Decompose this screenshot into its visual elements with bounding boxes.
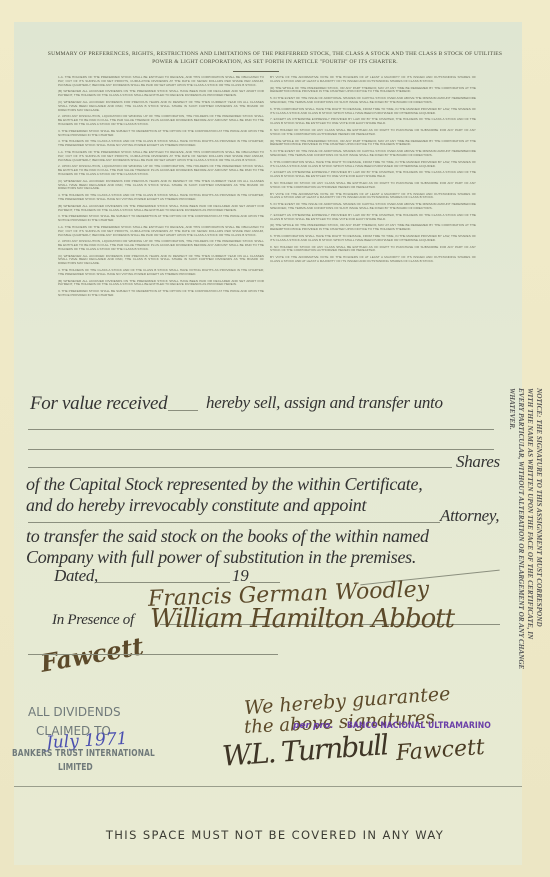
- summary-left-column: 1-A. The holders of the Preferred Stock …: [58, 76, 264, 372]
- summary-paragraph: (d) The whole of the Preferred Stock, or…: [270, 87, 476, 95]
- transfer-unto-label: hereby sell, assign and transfer unto: [206, 393, 443, 413]
- summary-right-column: By vote of the affirmative vote of the h…: [270, 76, 476, 372]
- summary-paragraph: 8. No holder of stock of any class shall…: [270, 129, 476, 137]
- bottom-rule: [14, 786, 522, 787]
- summary-paragraph: By vote of the affirmative vote of the h…: [270, 256, 476, 264]
- summary-paragraph: 4. The holders of the Class A Stock and …: [58, 194, 264, 202]
- summary-paragraph: 6. This corporation shall have the right…: [270, 108, 476, 116]
- summary-paragraph: 2. Upon any dissolution, liquidation or …: [58, 240, 264, 251]
- title-rule: [233, 71, 279, 72]
- appoint-line: and do hereby irrevocably constitute and…: [26, 495, 366, 516]
- summary-paragraph: (c) Whenever all accrued dividends for p…: [58, 101, 264, 112]
- transfer-books-line: to transfer the said stock on the books …: [26, 526, 429, 547]
- for-value-received-label: For value received: [30, 393, 167, 415]
- footer-warning: THIS SPACE MUST NOT BE COVERED IN ANY WA…: [0, 828, 550, 842]
- summary-paragraph: 5. In the event of the issue of addition…: [270, 97, 476, 105]
- summary-paragraph: 4. The holders of the Class A Stock and …: [58, 140, 264, 148]
- assignee-line-2[interactable]: [28, 449, 494, 450]
- signature-notice-vertical: NOTICE: THE SIGNATURE TO THIS ASSIGNMENT…: [503, 388, 543, 718]
- summary-paragraph: 7. Except as otherwise expressly provide…: [270, 118, 476, 126]
- summary-paragraph: By vote of the affirmative vote of the h…: [270, 193, 476, 201]
- summary-paragraph: (b) Whenever all accrued dividends on th…: [58, 280, 264, 288]
- shares-count-line[interactable]: [28, 467, 452, 468]
- summary-title: Summary of preferences, rights, restrict…: [40, 50, 510, 66]
- summary-paragraph: (c) Whenever all accrued dividends for p…: [58, 255, 264, 266]
- summary-paragraph: 7. Except as otherwise expressly provide…: [270, 171, 476, 179]
- assignee-line-1[interactable]: [28, 429, 494, 430]
- summary-paragraph: 8. No holder of stock of any class shall…: [270, 182, 476, 190]
- summary-paragraph: 3. The Preferred Stock shall be subject …: [58, 290, 264, 298]
- summary-paragraph: (c) Whenever all accrued dividends for p…: [58, 180, 264, 191]
- blank-line[interactable]: [168, 410, 198, 411]
- notice-line-2: WITH THE NAME AS WRITTEN UPON THE FACE O…: [525, 388, 534, 718]
- summary-paragraph: 5. In the event of the issue of addition…: [270, 150, 476, 158]
- summary-paragraph: (b) Whenever all accrued dividends on th…: [58, 205, 264, 213]
- summary-paragraph: 4. The holders of the Class A Stock and …: [58, 269, 264, 277]
- summary-paragraph: 6. This corporation shall have the right…: [270, 161, 476, 169]
- summary-paragraph: 2. Upon any dissolution, liquidation or …: [58, 165, 264, 176]
- summary-paragraph: (d) The whole of the Preferred Stock, or…: [270, 224, 476, 232]
- capital-stock-line: of the Capital Stock represented by the …: [26, 474, 422, 495]
- attorney-line[interactable]: [28, 522, 440, 523]
- bankers-trust-stamp: BANKERS TRUST INTERNATIONAL: [12, 748, 155, 759]
- summary-paragraph: (b) Whenever all accrued dividends on th…: [58, 90, 264, 98]
- summary-paragraph: 6. This corporation shall have the right…: [270, 235, 476, 243]
- date-line[interactable]: [96, 582, 230, 583]
- substitution-line: Company with full power of substitution …: [26, 547, 416, 568]
- summary-paragraph: 5. In the event of the issue of addition…: [270, 203, 476, 211]
- in-presence-of-label: In Presence of: [52, 612, 134, 629]
- summary-paragraph: 3. The Preferred Stock shall be subject …: [58, 215, 264, 223]
- bankers-trust-limited: LIMITED: [58, 762, 93, 773]
- notice-line-4: WHATEVER.: [507, 388, 516, 718]
- attorney-label: Attorney,: [440, 506, 499, 526]
- summary-paragraph: By vote of the affirmative vote of the h…: [270, 76, 476, 84]
- summary-paragraph: 1-A. The holders of the Preferred Stock …: [58, 151, 264, 162]
- dividends-stamp-line-1: ALL DIVIDENDS: [28, 705, 121, 719]
- summary-paragraph: 7. Except as otherwise expressly provide…: [270, 214, 476, 222]
- notice-text: NOTICE: THE SIGNATURE TO THIS ASSIGNMENT…: [507, 388, 543, 718]
- shares-label: Shares: [456, 452, 500, 472]
- dated-label: Dated,: [54, 566, 98, 586]
- witness-line-2[interactable]: [28, 654, 278, 655]
- signature-william-abbott: William Hamilton Abbott: [150, 604, 454, 634]
- summary-paragraph: 1-A. The holders of the Preferred Stock …: [58, 226, 264, 237]
- summary-paragraph: (d) The whole of the Preferred Stock, or…: [270, 140, 476, 148]
- summary-paragraph: 3. The Preferred Stock shall be subject …: [58, 130, 264, 138]
- notice-line-1: NOTICE: THE SIGNATURE TO THIS ASSIGNMENT…: [534, 388, 543, 718]
- summary-paragraph: 1-A. The holders of the Preferred Stock …: [58, 76, 264, 87]
- summary-paragraph: 8. No holder of stock of any class shall…: [270, 246, 476, 254]
- per-pro-prefix: per pro.: [293, 721, 334, 731]
- summary-paragraph: 2. Upon any dissolution, liquidation or …: [58, 115, 264, 126]
- notice-line-3: EVERY PARTICULAR, WITHOUT ALTERATION OR …: [516, 388, 525, 718]
